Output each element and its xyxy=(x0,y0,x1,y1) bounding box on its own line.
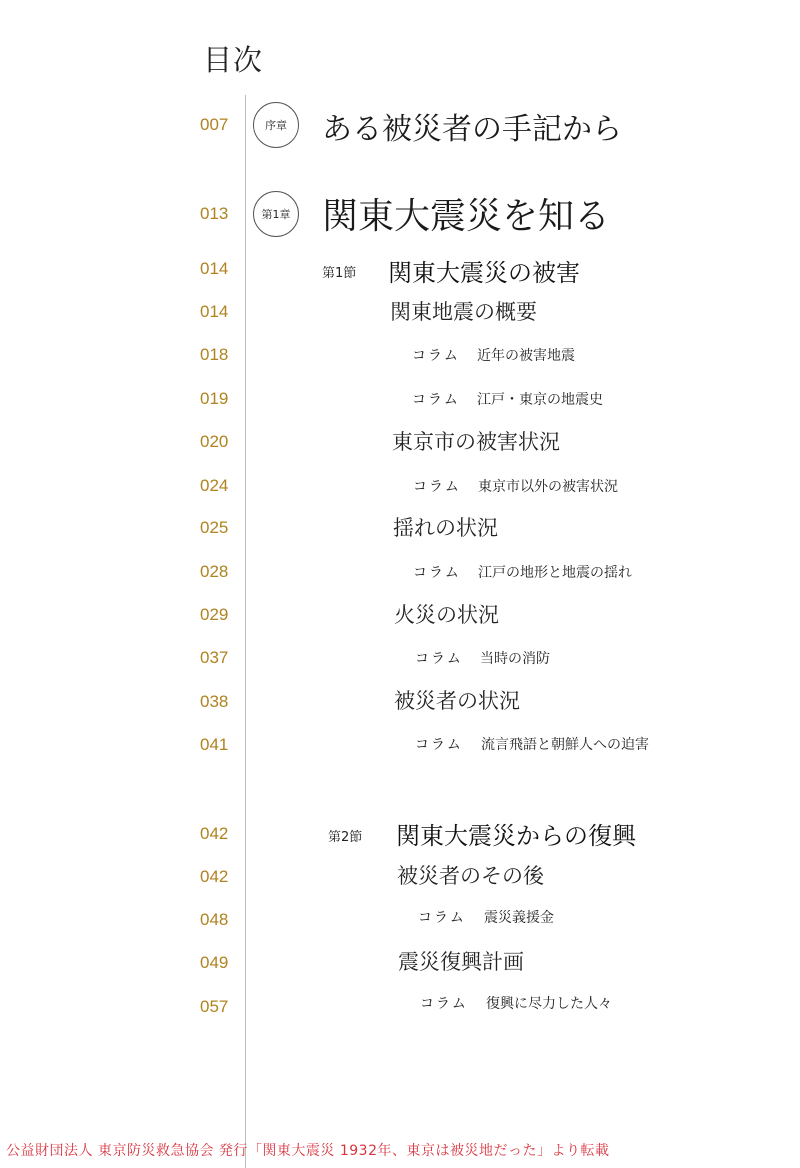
page-number: 042 xyxy=(200,867,242,887)
column-title: 復興に尽力した人々 xyxy=(486,993,612,1013)
page-number: 020 xyxy=(200,432,242,452)
subsection-title: 揺れの状況 xyxy=(393,512,498,542)
page-number: 038 xyxy=(200,692,242,712)
page-number: 037 xyxy=(200,648,242,668)
page-number: 013 xyxy=(200,204,242,224)
page-number: 024 xyxy=(200,476,242,496)
subsection-title: 震災復興計画 xyxy=(398,946,524,976)
page-number: 048 xyxy=(200,910,242,930)
subsection-title: 被災者の状況 xyxy=(394,685,520,715)
page-number: 025 xyxy=(200,518,242,538)
page-number: 042 xyxy=(200,824,242,844)
column-title: 流言飛語と朝鮮人への迫害 xyxy=(481,734,649,754)
page-number: 041 xyxy=(200,735,242,755)
chapter-title: ある被災者の手記から xyxy=(322,104,622,148)
page-number: 029 xyxy=(200,605,242,625)
page-number: 014 xyxy=(200,302,242,322)
column-label: コラム xyxy=(415,734,463,754)
page-number: 014 xyxy=(200,259,242,279)
column-title: 江戸の地形と地震の揺れ xyxy=(478,562,632,582)
page-title: 目次 xyxy=(203,38,263,79)
column-title: 震災義援金 xyxy=(484,907,554,927)
column-label: コラム xyxy=(413,476,461,496)
column-label: コラム xyxy=(418,907,466,927)
column-label: コラム xyxy=(415,648,463,668)
subsection-title: 関東地震の概要 xyxy=(390,296,537,326)
page-number: 028 xyxy=(200,562,242,582)
vertical-rule xyxy=(245,95,246,1168)
column-title: 近年の被害地震 xyxy=(477,345,575,365)
page-number: 019 xyxy=(200,389,242,409)
chapter-badge: 第1章 xyxy=(253,191,299,237)
source-credit: 公益財団法人 東京防災救急協会 発行「関東大震災 1932年、東京は被災地だった… xyxy=(6,1140,609,1160)
column-label: コラム xyxy=(420,993,468,1013)
column-title: 当時の消防 xyxy=(480,648,550,668)
section-label: 第2節 xyxy=(328,826,362,845)
subsection-title: 火災の状況 xyxy=(394,599,499,629)
page-number: 007 xyxy=(200,115,242,135)
section-title: 関東大震災の被害 xyxy=(388,253,580,288)
page-number: 057 xyxy=(200,997,242,1017)
page-number: 018 xyxy=(200,345,242,365)
chapter-badge: 序章 xyxy=(253,102,299,148)
page-number: 049 xyxy=(200,953,242,973)
column-label: コラム xyxy=(413,562,461,582)
column-label: コラム xyxy=(412,389,460,409)
column-title: 江戸・東京の地震史 xyxy=(477,389,603,409)
column-label: コラム xyxy=(412,345,460,365)
column-title: 東京市以外の被害状況 xyxy=(478,476,618,496)
chapter-title: 関東大震災を知る xyxy=(322,188,610,239)
section-title: 関東大震災からの復興 xyxy=(396,816,636,851)
section-label: 第1節 xyxy=(322,262,356,281)
subsection-title: 被災者のその後 xyxy=(397,860,544,890)
subsection-title: 東京市の被害状況 xyxy=(392,426,560,456)
